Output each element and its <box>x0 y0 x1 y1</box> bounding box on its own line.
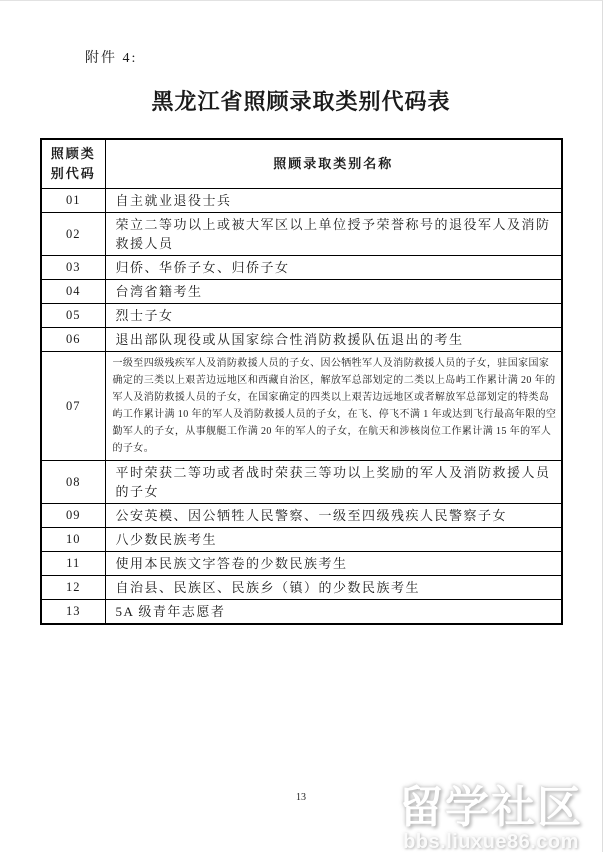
code-cell: 02 <box>41 213 105 256</box>
code-cell: 07 <box>41 352 105 461</box>
name-cell: 台湾省籍考生 <box>105 280 562 304</box>
code-cell: 04 <box>41 280 105 304</box>
table-row: 09 公安英模、因公牺牲人民警察、一级至四级残疾人民警察子女 <box>41 504 562 528</box>
name-cell: 归侨、华侨子女、归侨子女 <box>105 256 562 280</box>
header-name: 照顾录取类别名称 <box>105 139 562 189</box>
table-row: 10 八少数民族考生 <box>41 528 562 552</box>
page-number: 13 <box>0 792 602 803</box>
table-row: 03 归侨、华侨子女、归侨子女 <box>41 256 562 280</box>
attachment-label: 附件 4: <box>85 47 137 67</box>
code-cell: 03 <box>41 256 105 280</box>
table-row: 13 5A 级青年志愿者 <box>41 600 562 625</box>
page-title: 黑龙江省照顾录取类别代码表 <box>0 85 602 116</box>
name-cell: 烈士子女 <box>105 304 562 328</box>
code-cell: 06 <box>41 328 105 352</box>
table-header: 照顾类别代码 照顾录取类别名称 <box>41 139 562 189</box>
table-row: 01 自主就业退役士兵 <box>41 189 562 213</box>
code-cell: 12 <box>41 576 105 600</box>
name-cell: 自治县、民族区、民族乡（镇）的少数民族考生 <box>105 576 562 600</box>
name-cell: 自主就业退役士兵 <box>105 189 562 213</box>
name-cell: 退出部队现役或从国家综合性消防救援队伍退出的考生 <box>105 328 562 352</box>
table-row: 08 平时荣获二等功或者战时荣获三等功以上奖励的军人及消防救援人员的子女 <box>41 461 562 504</box>
header-code: 照顾类别代码 <box>41 139 105 189</box>
name-cell: 荣立二等功以上或被大军区以上单位授予荣誉称号的退役军人及消防救援人员 <box>105 213 562 256</box>
table-row: 11 使用本民族文字答卷的少数民族考生 <box>41 552 562 576</box>
document-page: 附件 4: 黑龙江省照顾录取类别代码表 照顾类别代码 照顾录取类别名称 01 自… <box>0 0 603 852</box>
name-cell: 平时荣获二等功或者战时荣获三等功以上奖励的军人及消防救援人员的子女 <box>105 461 562 504</box>
table-row: 07 一级至四级残疾军人及消防救援人员的子女、因公牺牲军人及消防救援人员的子女，… <box>41 352 562 461</box>
admission-code-table: 照顾类别代码 照顾录取类别名称 01 自主就业退役士兵 02 荣立二等功以上或被… <box>40 138 563 625</box>
watermark-url: bbs.liuxue86.com <box>386 832 596 852</box>
table-row: 12 自治县、民族区、民族乡（镇）的少数民族考生 <box>41 576 562 600</box>
table-row: 02 荣立二等功以上或被大军区以上单位授予荣誉称号的退役军人及消防救援人员 <box>41 213 562 256</box>
table-row: 05 烈士子女 <box>41 304 562 328</box>
table-body: 01 自主就业退役士兵 02 荣立二等功以上或被大军区以上单位授予荣誉称号的退役… <box>41 189 562 625</box>
name-cell: 公安英模、因公牺牲人民警察、一级至四级残疾人民警察子女 <box>105 504 562 528</box>
table-row: 04 台湾省籍考生 <box>41 280 562 304</box>
code-cell: 10 <box>41 528 105 552</box>
code-cell: 08 <box>41 461 105 504</box>
table-row: 06 退出部队现役或从国家综合性消防救援队伍退出的考生 <box>41 328 562 352</box>
code-cell: 13 <box>41 600 105 625</box>
name-cell: 八少数民族考生 <box>105 528 562 552</box>
code-cell: 05 <box>41 304 105 328</box>
name-cell: 一级至四级残疾军人及消防救援人员的子女、因公牺牲军人及消防救援人员的子女，驻国家… <box>105 352 562 461</box>
code-cell: 11 <box>41 552 105 576</box>
code-cell: 01 <box>41 189 105 213</box>
code-cell: 09 <box>41 504 105 528</box>
header-row: 照顾类别代码 照顾录取类别名称 <box>41 139 562 189</box>
name-cell: 使用本民族文字答卷的少数民族考生 <box>105 552 562 576</box>
name-cell: 5A 级青年志愿者 <box>105 600 562 625</box>
